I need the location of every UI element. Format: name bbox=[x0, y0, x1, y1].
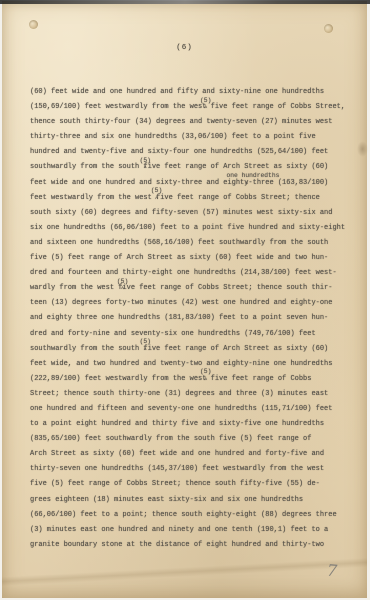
typed-line: wardly from the west five feet range of … bbox=[30, 281, 364, 296]
typed-line: grees eighteen (18) minutes east sixty-s… bbox=[30, 493, 364, 508]
typed-line: and sixteen one hundredths (568,16/100) … bbox=[30, 236, 364, 251]
typed-line: five (5) feet range of Arch Street as si… bbox=[30, 251, 364, 266]
typed-line: one hundred and fifteen and seventy-one … bbox=[30, 402, 364, 417]
typed-insertion: one hundredths bbox=[226, 168, 279, 183]
typed-line: south sixty (60) degrees and fifty-seven… bbox=[30, 206, 364, 221]
typed-line: Arch Street as sixty (60) feet wide and … bbox=[30, 447, 364, 462]
typed-line: dred and forty-nine and seventy-six one … bbox=[30, 327, 364, 342]
typed-insertion: (5) bbox=[151, 183, 162, 198]
document-text: (60) feet wide and one hundred and fifty… bbox=[30, 85, 364, 553]
typed-line: southwardly from the south five feet ran… bbox=[30, 160, 364, 175]
typed-line: and eighty three one hundredths (181,83/… bbox=[30, 311, 364, 326]
typed-line: thence south thirty-four (34) degrees an… bbox=[30, 115, 364, 130]
typed-insertion: (5) bbox=[117, 274, 128, 289]
typed-insertion: (5) bbox=[140, 153, 151, 168]
fastener-hole-left bbox=[29, 20, 38, 29]
paper: (6) (60) feet wide and one hundred and f… bbox=[2, 1, 367, 598]
fastener-hole-right bbox=[324, 24, 333, 33]
typed-line: feet wide and one hundred and sixty-thre… bbox=[30, 176, 364, 191]
page-number: (6) bbox=[2, 44, 367, 52]
typed-line: (3) minutes east one hundred and ninety … bbox=[30, 523, 364, 538]
typed-line: (66,06/100) feet to a point; thence sout… bbox=[30, 508, 364, 523]
typed-line: five (5) feet range of Cobbs Street; the… bbox=[30, 477, 364, 492]
typed-line: (150,69/100) feet westwardly from the we… bbox=[30, 100, 364, 115]
typed-line: six one hundredths (66,06/100) feet to a… bbox=[30, 221, 364, 236]
typed-line: dred and fourteen and thirty-eight one h… bbox=[30, 266, 364, 281]
typed-line: feet westwardly from the west five feet … bbox=[30, 191, 364, 206]
typed-line: (60) feet wide and one hundred and fifty… bbox=[30, 85, 364, 100]
handwritten-page-number: 7 bbox=[326, 561, 337, 581]
typed-line: feet wide, and two hundred and twenty-tw… bbox=[30, 357, 364, 372]
typed-line: granite boundary stone at the distance o… bbox=[30, 538, 364, 553]
typed-insertion: (5) bbox=[200, 93, 211, 108]
typed-insertion: (5) bbox=[200, 364, 211, 379]
typed-line: to a point eight hundred and thirty five… bbox=[30, 417, 364, 432]
scan-edge-shadow bbox=[0, 0, 370, 4]
typed-line: teen (13) degrees forty-two minutes (42)… bbox=[30, 296, 364, 311]
typed-line: thirty-seven one hundredths (145,37/100)… bbox=[30, 462, 364, 477]
typed-line: hundred and twenty-five and sixty-four o… bbox=[30, 145, 364, 160]
typed-line: southwardly from the south five feet ran… bbox=[30, 342, 364, 357]
typed-line: Street; thence south thirty-one (31) deg… bbox=[30, 387, 364, 402]
scanned-page-photo: (6) (60) feet wide and one hundred and f… bbox=[0, 0, 370, 600]
typed-line: (835,65/100) feet southwardly from the s… bbox=[30, 432, 364, 447]
paper-crease bbox=[2, 558, 367, 586]
typed-line: thirty-three and six one hundredths (33,… bbox=[30, 130, 364, 145]
typed-insertion: (5) bbox=[140, 334, 151, 349]
typed-line: (222,89/100) feet westwardly from the we… bbox=[30, 372, 364, 387]
